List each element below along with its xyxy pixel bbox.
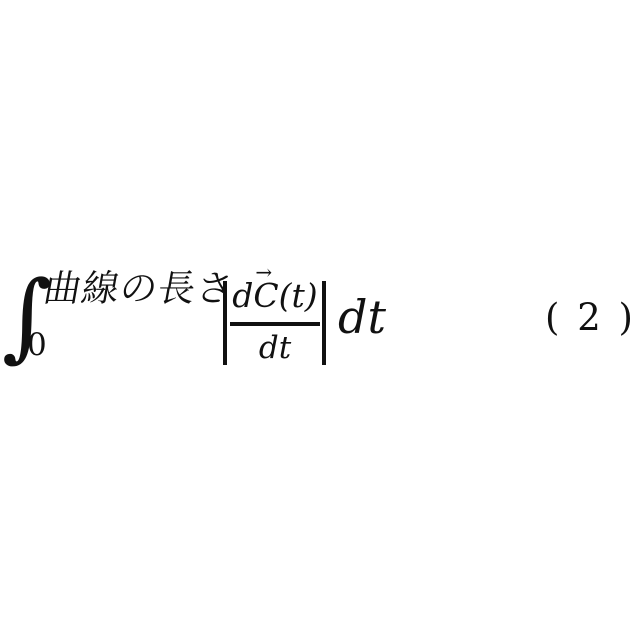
fraction-denominator: dt	[227, 330, 323, 366]
differential-dt: dt	[338, 294, 386, 340]
formula-page: ∫ 0 曲線の長さ d→C(t) dt dt ( 2 )	[0, 0, 640, 640]
numerator-of-t: (t)	[279, 276, 318, 315]
fraction-bar	[230, 322, 320, 326]
fraction-numerator: d→C(t)	[227, 276, 323, 316]
integral-upper-limit: 曲線の長さ	[41, 270, 238, 307]
equation-number: ( 2 )	[545, 299, 636, 336]
numerator-vector-C: →C	[253, 276, 278, 316]
vector-arrow-icon: →	[255, 262, 272, 282]
numerator-d: d	[232, 276, 253, 315]
absolute-value-bar-right	[322, 281, 326, 365]
fraction: d→C(t) dt	[227, 276, 323, 376]
integral-lower-limit: 0	[27, 330, 47, 361]
